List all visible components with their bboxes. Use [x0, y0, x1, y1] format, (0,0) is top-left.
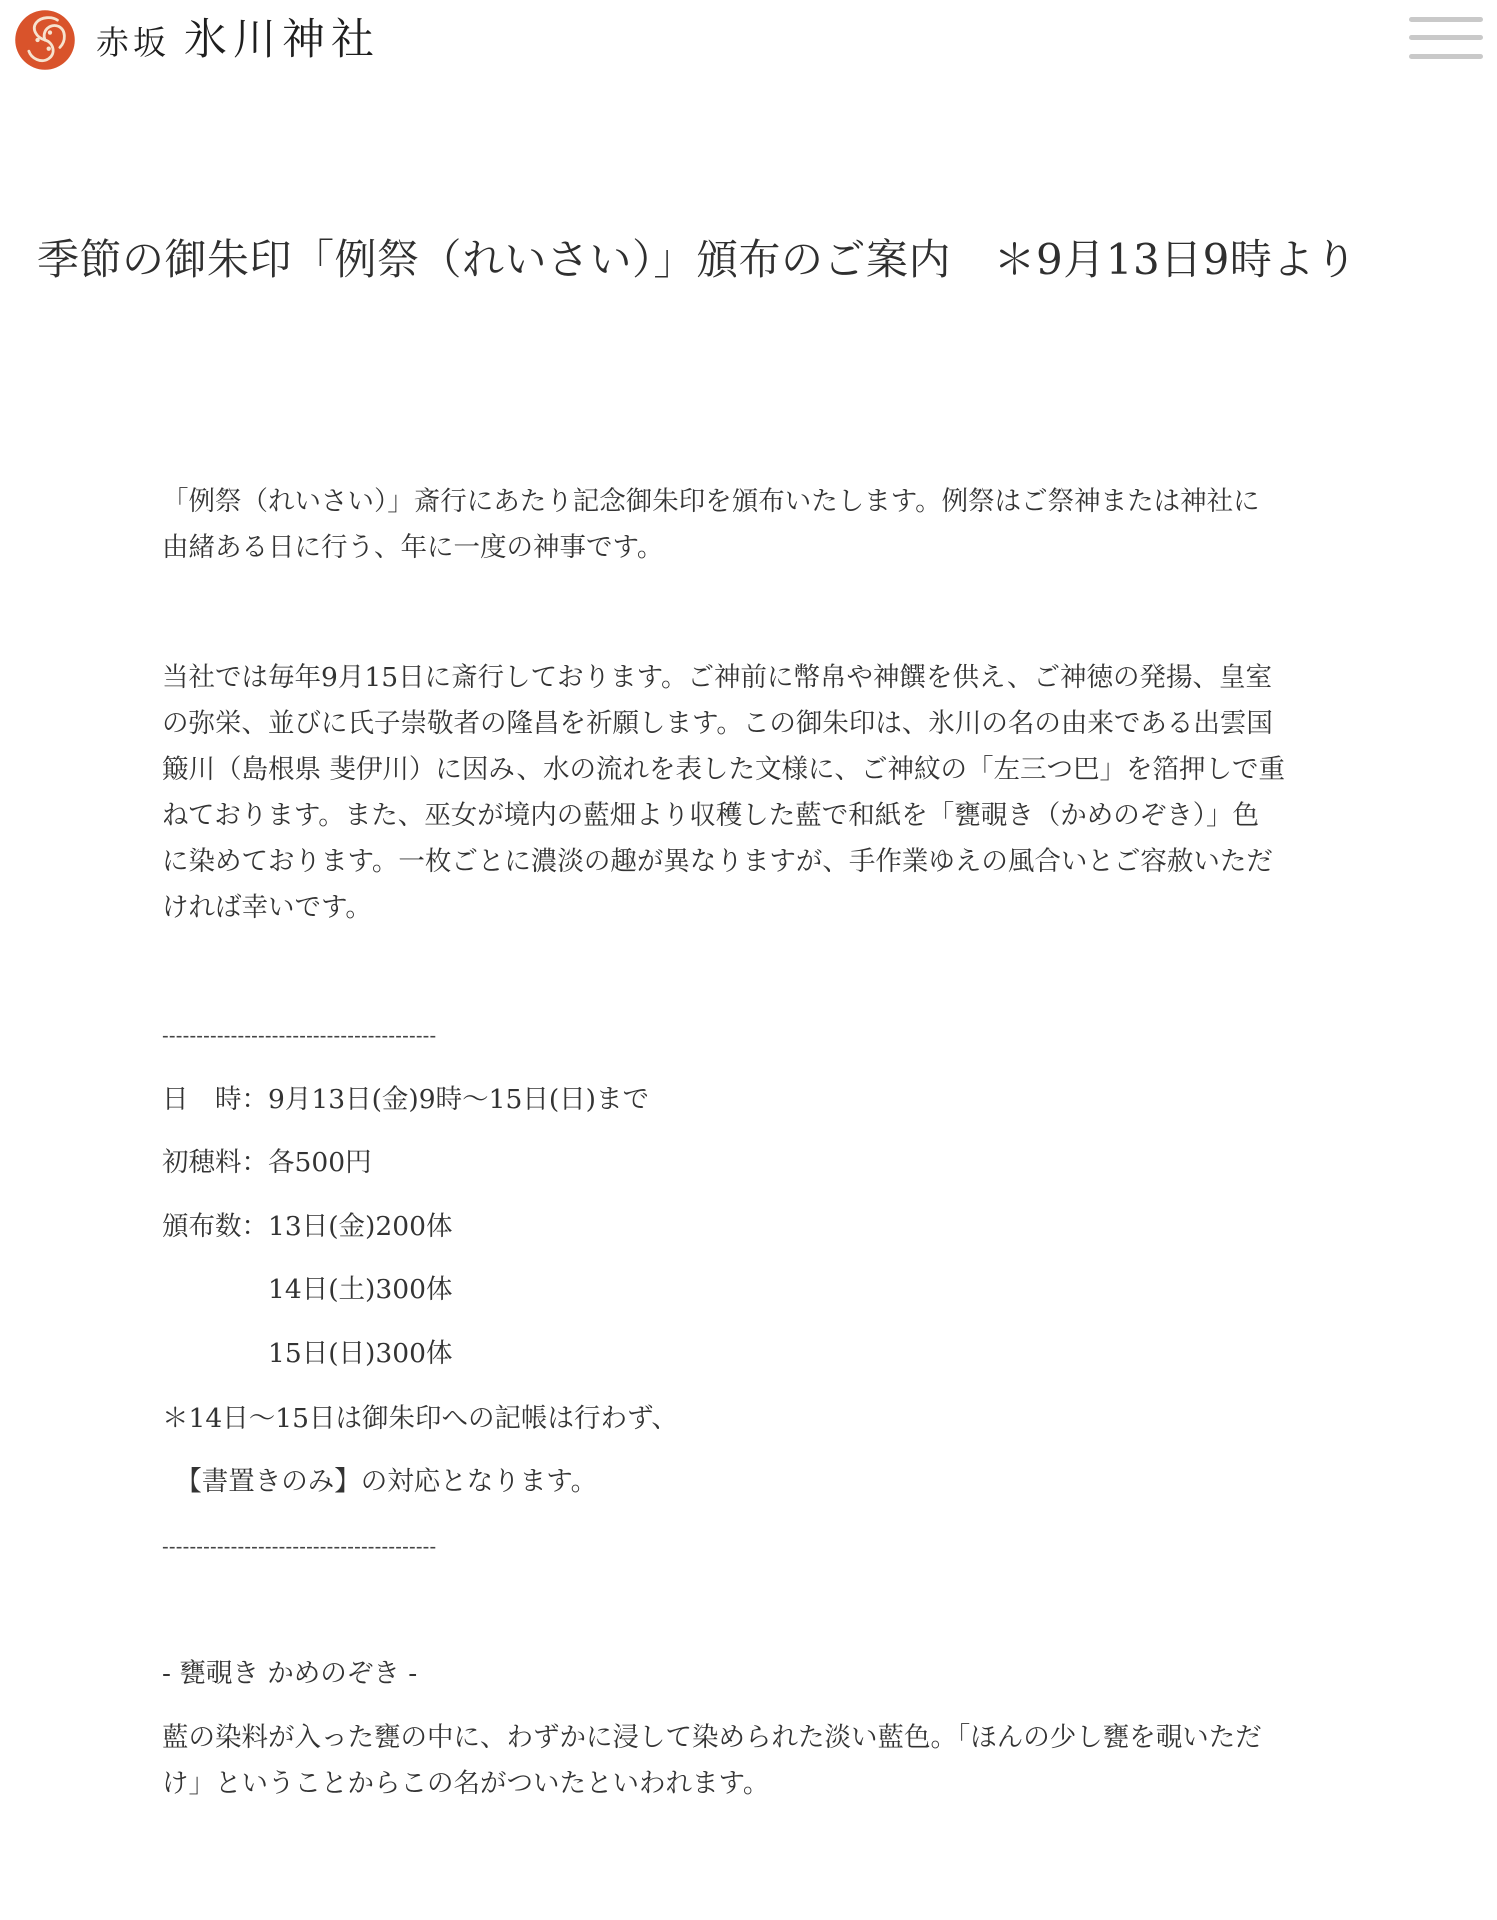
section-subheading: - 甕覗き かめのぞき - — [162, 1654, 417, 1694]
paragraph-line: 簸川（島根県 斐伊川）に因み、水の流れを表した文様に、ご神紋の「左三つ巴」を箔押… — [162, 747, 1342, 793]
dashed-divider: ---------------------------------------- — [162, 1537, 436, 1557]
paragraph-line: に染めております。一枚ごとに濃淡の趣が異なりますが、手作業ゆえの風合いとご容赦い… — [162, 839, 1342, 885]
site-header: 赤坂 氷川神社 — [0, 0, 1497, 90]
menu-bar-middle — [1409, 35, 1483, 40]
paragraph-line: 由緒ある日に行う、年に一度の神事です。 — [162, 525, 1342, 571]
color-explanation-paragraph: 藍の染料が入った甕の中に、わずかに浸して染められた淡い藍色。「ほんの少し甕を覗い… — [162, 1715, 1342, 1807]
page-title: 季節の御朱印「例祭（れいさい）」頒布のご案内 ＊9月13日9時より — [37, 232, 1357, 288]
paragraph-line: け」ということからこの名がついたといわれます。 — [162, 1761, 1342, 1807]
paragraph-line: 当社では毎年9月15日に斎行しております。ご神前に幣帛や神饌を供え、ご神徳の発揚… — [162, 655, 1342, 701]
detail-note: 【書置きのみ】の対応となります。 — [162, 1462, 597, 1502]
detail-date: 日 時：9月13日(金)9時～15日(日)まで — [162, 1080, 649, 1120]
detail-count: 14日(土)300体 — [162, 1270, 452, 1310]
detail-count: 15日(日)300体 — [162, 1334, 452, 1374]
description-paragraph: 当社では毎年9月15日に斎行しております。ご神前に幣帛や神饌を供え、ご神徳の発揚… — [162, 655, 1342, 931]
detail-fee: 初穂料：各500円 — [162, 1143, 372, 1183]
detail-count: 頒布数：13日(金)200体 — [162, 1207, 452, 1247]
paragraph-line: ねております。また、巫女が境内の藍畑より収穫した藍で和紙を「甕覗き（かめのぞき）… — [162, 793, 1342, 839]
mitsudomoe-logo-icon — [14, 9, 76, 71]
paragraph-line: 藍の染料が入った甕の中に、わずかに浸して染められた淡い藍色。「ほんの少し甕を覗い… — [162, 1715, 1342, 1761]
site-name: 赤坂 氷川神社 — [96, 19, 380, 62]
dashed-divider: ---------------------------------------- — [162, 1026, 436, 1046]
site-logo-link[interactable]: 赤坂 氷川神社 — [14, 9, 380, 71]
paragraph-line: ければ幸いです。 — [162, 885, 1342, 931]
detail-note: ＊14日～15日は御朱印への記帳は行わず、 — [162, 1399, 678, 1439]
intro-paragraph: 「例祭（れいさい）」斎行にあたり記念御朱印を頒布いたします。例祭はご祭神または神… — [162, 479, 1342, 571]
site-name-shrine: 氷川神社 — [184, 19, 380, 62]
hamburger-menu-icon[interactable] — [1404, 10, 1488, 66]
paragraph-line: 「例祭（れいさい）」斎行にあたり記念御朱印を頒布いたします。例祭はご祭神または神… — [162, 479, 1342, 525]
menu-bar-top — [1409, 17, 1483, 22]
paragraph-line: の弥栄、並びに氏子崇敬者の隆昌を祈願します。この御朱印は、氷川の名の由来である出… — [162, 701, 1342, 747]
menu-bar-bottom — [1409, 54, 1483, 59]
site-name-area: 赤坂 — [96, 26, 170, 59]
